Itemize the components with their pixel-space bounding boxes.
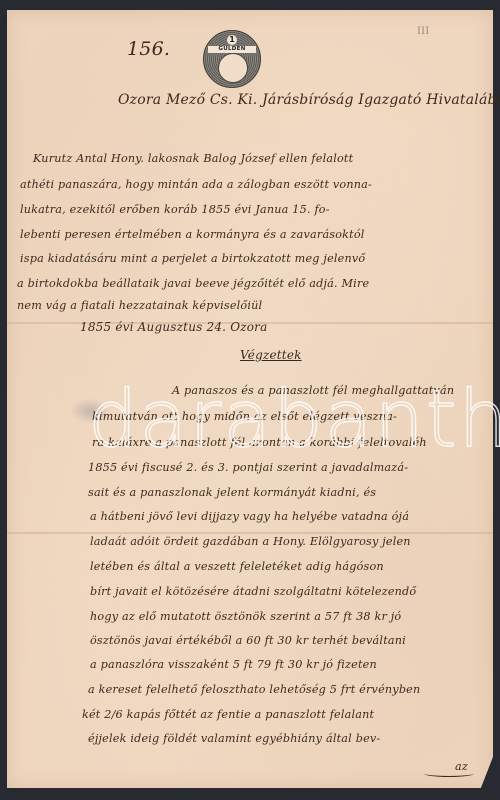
date-line: 1855 évi Augusztus 24. Ozora (80, 320, 267, 334)
text-line: lebenti peresen értelmében a kormányra é… (20, 228, 365, 241)
document-header-line: Ozora Mező Cs. Ki. Járásbíróság Igazgató… (118, 92, 500, 108)
text-line: a hátbeni jövő levi dijjazy vagy ha hely… (90, 510, 409, 523)
text-line: a kereset felelhető feloszthato lehetősé… (88, 683, 420, 696)
stamp-denomination: GULDEN (208, 46, 256, 53)
stamp-value: 1 (227, 35, 237, 45)
watermark-text: darabanth (88, 375, 500, 465)
revenue-stamp-icon: 1 GULDEN (203, 30, 261, 88)
pencil-archive-mark: III (417, 26, 429, 37)
text-line: bírt javait el kötözésére átadni szolgál… (90, 585, 416, 598)
text-line: ladaát adóit ördeit gazdában a Hony. Elö… (90, 535, 411, 548)
text-line: Kurutz Antal Hony. lakosnak Balog József… (33, 152, 353, 165)
text-line: a birtokdokba beállataik javai beeve jég… (17, 277, 369, 290)
text-line: ösztönös javai értékéből a 60 ft 30 kr t… (90, 634, 406, 647)
text-line: két 2/6 kapás főttét az fentie a panaszl… (82, 708, 374, 721)
document-number: 156. (127, 38, 170, 60)
paper-fold-line (7, 532, 493, 534)
text-line: sait és a panaszlonak jelent kormányát k… (88, 486, 376, 499)
text-line: éjjelek ideig földét valamint egyébhiány… (88, 732, 380, 745)
text-line: athéti panaszára, hogy mintán ada a zálo… (20, 178, 372, 191)
text-line: a panaszlóra visszaként 5 ft 79 ft 30 kr… (90, 658, 377, 671)
catchword-flourish (424, 770, 474, 777)
text-line: lukatra, ezekitől erőben koráb 1855 évi … (20, 203, 330, 216)
text-line: letében és által a veszett feleletéket a… (90, 560, 384, 573)
text-line: nem vág a fiatali hezzatainak képviselői… (17, 299, 262, 312)
section-heading: Végzettek (240, 348, 302, 362)
text-line: ispa kiadatásáru mint a perjelet a birto… (20, 252, 365, 265)
text-line: hogy az elő mutatott ösztönök szerint a … (90, 610, 401, 623)
stamp-center (218, 53, 248, 83)
